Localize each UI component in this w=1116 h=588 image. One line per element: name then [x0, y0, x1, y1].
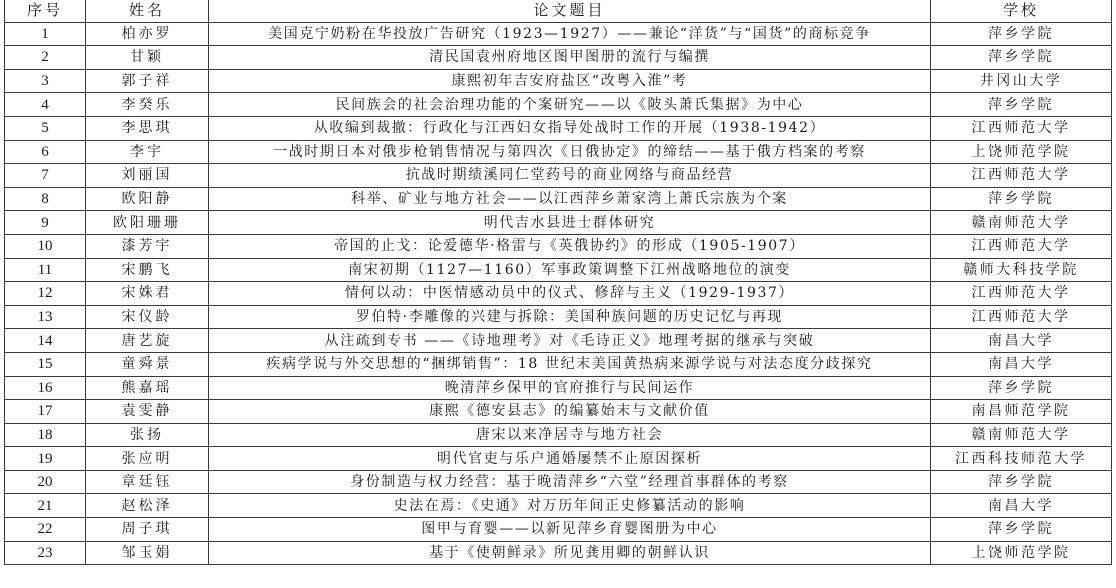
cell-school: 赣南师范大学 [931, 423, 1112, 447]
cell-no: 17 [5, 400, 86, 424]
cell-no: 3 [5, 69, 86, 93]
cell-school: 南昌师范学院 [931, 400, 1112, 424]
table-row: 13宋仪龄罗伯特·李雕像的兴建与拆除：美国种族问题的历史记忆与再现江西师范大学 [5, 305, 1112, 329]
table-row: 8欧阳静科举、矿业与地方社会——以江西萍乡萧家湾上萧氏宗族为个案萍乡学院 [5, 187, 1112, 211]
cell-title: 身份制造与权力经营：基于晚清萍乡“六堂”经理首事群体的考察 [209, 470, 931, 494]
cell-no: 20 [5, 470, 86, 494]
cell-no: 12 [5, 282, 86, 306]
cell-no: 1 [5, 22, 86, 46]
table-row: 6李宇一战时期日本对俄步枪销售情况与第四次《日俄协定》的缔结——基于俄方档案的考… [5, 140, 1112, 164]
cell-name: 邹玉娟 [86, 541, 209, 565]
cell-title: 抗战时期绩溪同仁堂药号的商业网络与商品经营 [209, 164, 931, 188]
cell-name: 宋姝君 [86, 282, 209, 306]
cell-name: 章廷钰 [86, 470, 209, 494]
cell-school: 江西师范大学 [931, 305, 1112, 329]
cell-title: 疾病学说与外交思想的“捆绑销售”：18 世纪末美国黄热病来源学说与对法态度分歧探… [209, 352, 931, 376]
header-no: 序号 [5, 0, 86, 22]
table-row: 1柏亦罗美国克宁奶粉在华投放广告研究（1923—1927）——兼论“洋货”与“国… [5, 22, 1112, 46]
table-row: 5李思琪从收编到裁撤：行政化与江西妇女指导处战时工作的开展（1938-1942）… [5, 116, 1112, 140]
cell-title: 基于《使朝鲜录》所见龚用卿的朝鲜认识 [209, 541, 931, 565]
cell-no: 23 [5, 541, 86, 565]
cell-name: 柏亦罗 [86, 22, 209, 46]
cell-name: 李思琪 [86, 116, 209, 140]
cell-no: 22 [5, 518, 86, 542]
paper-list-document: 序号 姓名 论文题目 学校 1柏亦罗美国克宁奶粉在华投放广告研究（1923—19… [4, 0, 1111, 565]
cell-title: 明代官吏与乐户通婚屡禁不止原因探析 [209, 447, 931, 471]
cell-school: 萍乡学院 [931, 46, 1112, 70]
cell-name: 宋仪龄 [86, 305, 209, 329]
table-row: 14唐艺旋从注疏到专书 ——《诗地理考》对《毛诗正义》地理考据的继承与突破南昌大… [5, 329, 1112, 353]
table-row: 17袁雯静康熙《德安县志》的编纂始末与文献价值南昌师范学院 [5, 400, 1112, 424]
cell-no: 14 [5, 329, 86, 353]
cell-school: 萍乡学院 [931, 376, 1112, 400]
cell-no: 21 [5, 494, 86, 518]
cell-title: 史法在焉：《史通》对万历年间正史修纂活动的影响 [209, 494, 931, 518]
cell-title: 晚清萍乡保甲的官府推行与民间运作 [209, 376, 931, 400]
cell-title: 罗伯特·李雕像的兴建与拆除：美国种族问题的历史记忆与再现 [209, 305, 931, 329]
cell-title: 康熙《德安县志》的编纂始末与文献价值 [209, 400, 931, 424]
cell-school: 南昌大学 [931, 352, 1112, 376]
cell-name: 袁雯静 [86, 400, 209, 424]
cell-no: 5 [5, 116, 86, 140]
cell-name: 甘颖 [86, 46, 209, 70]
cell-name: 欧阳珊珊 [86, 211, 209, 235]
table-row: 2甘颖清民国袁州府地区图甲图册的流行与编撰萍乡学院 [5, 46, 1112, 70]
cell-title: 民间族会的社会治理功能的个案研究——以《陂头萧氏集据》为中心 [209, 93, 931, 117]
cell-title: 科举、矿业与地方社会——以江西萍乡萧家湾上萧氏宗族为个案 [209, 187, 931, 211]
cell-name: 李宇 [86, 140, 209, 164]
table-row: 18张扬唐宋以来净居寺与地方社会赣南师范大学 [5, 423, 1112, 447]
cell-name: 张应明 [86, 447, 209, 471]
cell-school: 上饶师范学院 [931, 541, 1112, 565]
cell-school: 赣师大科技学院 [931, 258, 1112, 282]
header-school: 学校 [931, 0, 1112, 22]
cell-title: 从收编到裁撤：行政化与江西妇女指导处战时工作的开展（1938-1942） [209, 116, 931, 140]
cell-name: 张扬 [86, 423, 209, 447]
table-row: 22周子琪图甲与育婴——以新见萍乡育婴图册为中心萍乡学院 [5, 518, 1112, 542]
cell-no: 16 [5, 376, 86, 400]
cell-title: 情何以动：中医情感动员中的仪式、修辞与主义（1929-1937） [209, 282, 931, 306]
cell-name: 李癸乐 [86, 93, 209, 117]
table-row: 21赵松泽史法在焉：《史通》对万历年间正史修纂活动的影响南昌大学 [5, 494, 1112, 518]
table-row: 9欧阳珊珊明代吉水县进士群体研究赣南师范大学 [5, 211, 1112, 235]
table-row: 10漆芳宇帝国的止戈：论爱德华·格雷与《英俄协约》的形成（1905-1907）江… [5, 234, 1112, 258]
cell-school: 南昌大学 [931, 329, 1112, 353]
cell-name: 赵松泽 [86, 494, 209, 518]
cell-school: 江西师范大学 [931, 282, 1112, 306]
cell-no: 15 [5, 352, 86, 376]
cell-no: 6 [5, 140, 86, 164]
header-title: 论文题目 [209, 0, 931, 22]
cell-school: 井冈山大学 [931, 69, 1112, 93]
table-row: 3郭子祥康熙初年吉安府盐区“改粤入淮”考井冈山大学 [5, 69, 1112, 93]
cell-title: 清民国袁州府地区图甲图册的流行与编撰 [209, 46, 931, 70]
table-row: 19张应明明代官吏与乐户通婚屡禁不止原因探析江西科技师范大学 [5, 447, 1112, 471]
cell-title: 从注疏到专书 ——《诗地理考》对《毛诗正义》地理考据的继承与突破 [209, 329, 931, 353]
table-row: 4李癸乐民间族会的社会治理功能的个案研究——以《陂头萧氏集据》为中心萍乡学院 [5, 93, 1112, 117]
cell-no: 2 [5, 46, 86, 70]
cell-no: 18 [5, 423, 86, 447]
cell-no: 8 [5, 187, 86, 211]
header-name: 姓名 [86, 0, 209, 22]
cell-school: 南昌大学 [931, 494, 1112, 518]
cell-title: 帝国的止戈：论爱德华·格雷与《英俄协约》的形成（1905-1907） [209, 234, 931, 258]
cell-school: 萍乡学院 [931, 187, 1112, 211]
cell-no: 7 [5, 164, 86, 188]
cell-title: 唐宋以来净居寺与地方社会 [209, 423, 931, 447]
cell-school: 萍乡学院 [931, 93, 1112, 117]
table-row: 16熊嘉瑶晚清萍乡保甲的官府推行与民间运作萍乡学院 [5, 376, 1112, 400]
cell-title: 图甲与育婴——以新见萍乡育婴图册为中心 [209, 518, 931, 542]
cell-no: 19 [5, 447, 86, 471]
cell-title: 明代吉水县进士群体研究 [209, 211, 931, 235]
cell-no: 10 [5, 234, 86, 258]
cell-name: 刘丽国 [86, 164, 209, 188]
cell-title: 一战时期日本对俄步枪销售情况与第四次《日俄协定》的缔结——基于俄方档案的考察 [209, 140, 931, 164]
cell-school: 萍乡学院 [931, 22, 1112, 46]
cell-title: 康熙初年吉安府盐区“改粤入淮”考 [209, 69, 931, 93]
cell-school: 江西师范大学 [931, 116, 1112, 140]
cell-school: 江西科技师范大学 [931, 447, 1112, 471]
paper-list-table: 序号 姓名 论文题目 学校 1柏亦罗美国克宁奶粉在华投放广告研究（1923—19… [4, 0, 1112, 565]
cell-school: 江西师范大学 [931, 164, 1112, 188]
cell-school: 上饶师范学院 [931, 140, 1112, 164]
table-row: 20章廷钰身份制造与权力经营：基于晚清萍乡“六堂”经理首事群体的考察萍乡学院 [5, 470, 1112, 494]
cell-no: 4 [5, 93, 86, 117]
table-body: 1柏亦罗美国克宁奶粉在华投放广告研究（1923—1927）——兼论“洋货”与“国… [5, 22, 1112, 565]
cell-name: 漆芳宇 [86, 234, 209, 258]
cell-name: 唐艺旋 [86, 329, 209, 353]
cell-name: 郭子祥 [86, 69, 209, 93]
cell-name: 童舜景 [86, 352, 209, 376]
cell-title: 南宋初期（1127—1160）军事政策调整下江州战略地位的演变 [209, 258, 931, 282]
table-row: 15童舜景疾病学说与外交思想的“捆绑销售”：18 世纪末美国黄热病来源学说与对法… [5, 352, 1112, 376]
cell-title: 美国克宁奶粉在华投放广告研究（1923—1927）——兼论“洋货”与“国货”的商… [209, 22, 931, 46]
cell-name: 熊嘉瑶 [86, 376, 209, 400]
table-row: 12宋姝君情何以动：中医情感动员中的仪式、修辞与主义（1929-1937）江西师… [5, 282, 1112, 306]
cell-name: 周子琪 [86, 518, 209, 542]
cell-school: 萍乡学院 [931, 470, 1112, 494]
table-row: 23邹玉娟基于《使朝鲜录》所见龚用卿的朝鲜认识上饶师范学院 [5, 541, 1112, 565]
cell-school: 赣南师范大学 [931, 211, 1112, 235]
cell-name: 欧阳静 [86, 187, 209, 211]
table-row: 11宋鹏飞南宋初期（1127—1160）军事政策调整下江州战略地位的演变赣师大科… [5, 258, 1112, 282]
cell-no: 9 [5, 211, 86, 235]
table-header-row: 序号 姓名 论文题目 学校 [5, 0, 1112, 22]
cell-school: 萍乡学院 [931, 518, 1112, 542]
table-row: 7刘丽国抗战时期绩溪同仁堂药号的商业网络与商品经营江西师范大学 [5, 164, 1112, 188]
cell-school: 江西师范大学 [931, 234, 1112, 258]
cell-name: 宋鹏飞 [86, 258, 209, 282]
cell-no: 11 [5, 258, 86, 282]
cell-no: 13 [5, 305, 86, 329]
